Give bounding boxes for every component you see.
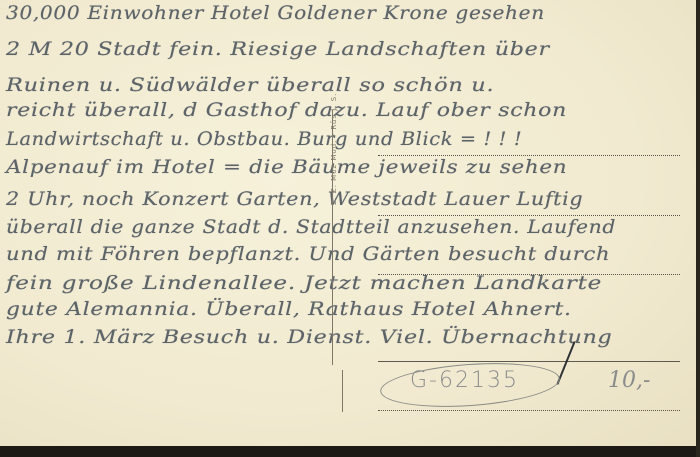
handwritten-line-11: gute Alemannia. Überall, Rathaus Hotel A… <box>6 298 572 320</box>
handwritten-line-9: und mit Föhren bepflanzt. Und Gärten bes… <box>6 243 610 265</box>
address-line-3 <box>378 274 680 275</box>
scan-border-right <box>696 0 700 457</box>
address-line-1 <box>378 155 680 156</box>
scan-border-bottom <box>0 446 700 457</box>
handwritten-line-1: 30,000 Einwohner Hotel Goldener Krone ge… <box>6 2 545 24</box>
handwritten-line-4: reicht überall, d Gasthof dazu. Lauf obe… <box>6 99 567 121</box>
address-line-5 <box>378 410 680 411</box>
handwritten-line-2: 2 M 20 Stadt fein. Riesige Landschaften … <box>6 38 550 60</box>
handwritten-line-6: Alpenauf im Hotel = die Bäume jeweils zu… <box>6 156 567 178</box>
handwritten-line-12: Ihre 1. März Besuch u. Dienst. Viel. Übe… <box>6 326 612 348</box>
center-divider-line-lower <box>342 370 343 412</box>
publisher-imprint: 2. Z. Moz Mod. - Rüs J. S. <box>330 93 338 205</box>
handwritten-line-8: überall die ganze Stadt d. Stadtteil anz… <box>6 216 616 238</box>
address-line-2 <box>378 215 680 216</box>
handwritten-line-10: fein große Lindenallee. Jetzt machen Lan… <box>6 272 602 294</box>
postcard-back: 30,000 Einwohner Hotel Goldener Krone ge… <box>0 0 696 446</box>
inventory-number: G-62135 <box>410 368 519 393</box>
address-line-4 <box>378 361 680 362</box>
handwritten-line-3: Ruinen u. Südwälder überall so schön u. <box>6 74 494 96</box>
handwritten-line-7: 2 Uhr, noch Konzert Garten, Weststadt La… <box>6 188 583 210</box>
handwritten-line-5: Landwirtschaft u. Obstbau. Burg und Blic… <box>6 128 522 150</box>
price-annotation: 10,- <box>608 368 650 393</box>
